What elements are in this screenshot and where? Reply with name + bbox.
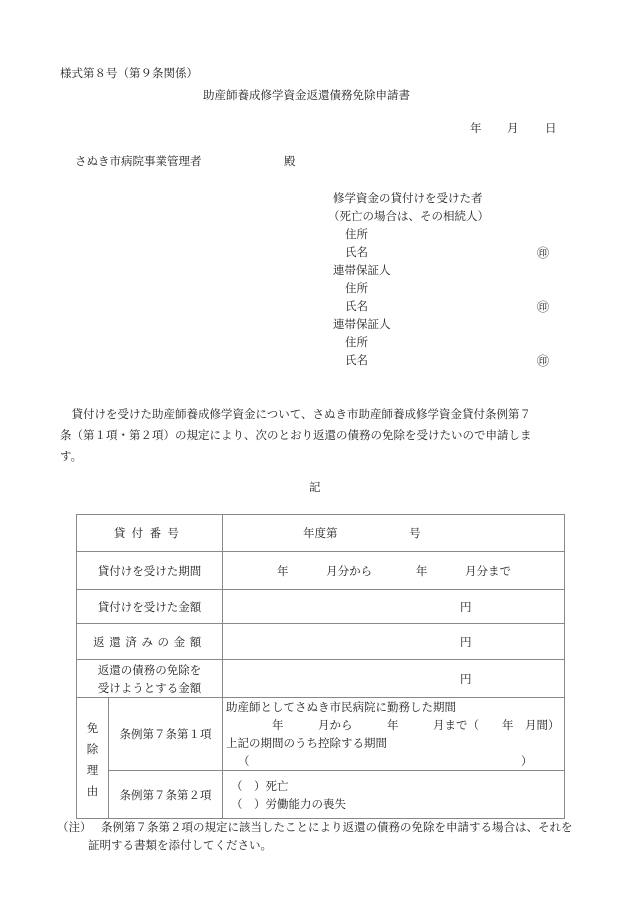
table-row-reason-clause1: 免 除 理 由 条例第７条第１項 助産師としてさぬき市民病院に勤務した期間 年 … xyxy=(77,698,565,771)
loan-period-field[interactable]: 年 月分から 年 月分まで xyxy=(223,552,565,590)
period-from-month: 月分から xyxy=(326,564,372,578)
exemption-amount-label-line2: 受けようとする金額 xyxy=(77,679,222,697)
exemption-amount-label: 返還の債務の免除を 受けようとする金額 xyxy=(77,660,223,698)
loan-number-year-text: 年度第 xyxy=(303,526,338,540)
ki-heading: 記 xyxy=(309,482,321,494)
loan-amount-field[interactable]: 円 xyxy=(223,590,565,624)
option-disability-checkbox[interactable]: （ ）労働能力の喪失 xyxy=(231,795,564,813)
clause1-deduction-field[interactable]: （ ） xyxy=(226,752,564,770)
table-row-loan-number: 貸付番号 年度第 号 xyxy=(77,515,565,552)
document-title: 助産師養成修学資金返還債務免除申請書 xyxy=(203,90,410,102)
clause1-label: 条例第７条第１項 xyxy=(109,698,223,771)
date-year-label: 年 xyxy=(470,123,482,135)
guarantor1-address-label: 住所 xyxy=(345,283,368,295)
clause2-label: 条例第７条第２項 xyxy=(109,771,223,819)
borrower-name-label: 氏名 xyxy=(345,247,368,259)
table-row-reason-clause2: 条例第７条第２項 （ ）死亡 （ ）労働能力の喪失 xyxy=(77,771,565,819)
period-to-month: 月分まで xyxy=(465,564,511,578)
borrower-heading: 修学資金の貸付けを受けた者 xyxy=(333,193,483,205)
borrower-note: （死亡の場合は、その相続人） xyxy=(328,211,489,223)
loan-amount-label: 貸付けを受けた金額 xyxy=(77,590,223,624)
reason-char: 免 xyxy=(77,718,108,739)
clause1-period-line: 年 月から 年 月まで（ 年 月間） xyxy=(226,716,564,734)
exemption-amount-label-line1: 返還の債務の免除を xyxy=(77,661,222,679)
statement-line: す。 xyxy=(60,446,585,467)
table-row-repaid-amount: 返還済みの金額 円 xyxy=(77,624,565,660)
reason-char: 由 xyxy=(77,781,108,802)
reason-char: 理 xyxy=(77,760,108,781)
seal-icon: ㊞ xyxy=(537,247,549,259)
guarantor2-address-label: 住所 xyxy=(345,337,368,349)
loan-period-label: 貸付けを受けた期間 xyxy=(77,552,223,590)
statement-line: 条（第１項・第２項）の規定により、次のとおり返還の債務の免除を受けたいので申請し… xyxy=(60,425,585,446)
exemption-amount-unit: 円 xyxy=(460,672,472,686)
date-month-label: 月 xyxy=(507,123,519,135)
table-row-loan-amount: 貸付けを受けた金額 円 xyxy=(77,590,565,624)
loan-number-suffix: 号 xyxy=(409,526,421,540)
clause1-line1: 助産師としてさぬき市民病院に勤務した期間 xyxy=(226,698,564,716)
exemption-amount-field[interactable]: 円 xyxy=(223,660,565,698)
option-death-checkbox[interactable]: （ ）死亡 xyxy=(231,777,564,795)
statement-line: 貸付けを受けた助産師養成修学資金について、さぬき市助産師養成修学資金貸付条例第７ xyxy=(60,404,585,425)
repaid-amount-field[interactable]: 円 xyxy=(223,624,565,660)
period-to-year: 年 xyxy=(416,564,428,578)
open-paren: （ xyxy=(238,754,250,768)
period-from-year: 年 xyxy=(277,564,289,578)
footnote-prefix: （注） xyxy=(57,822,92,834)
exemption-reason-label: 免 除 理 由 xyxy=(77,698,109,819)
addressee-name: さぬき市病院事業管理者 xyxy=(75,156,202,168)
clause1-field[interactable]: 助産師としてさぬき市民病院に勤務した期間 年 月から 年 月まで（ 年 月間） … xyxy=(223,698,565,771)
date-day-label: 日 xyxy=(545,123,557,135)
loan-number-field[interactable]: 年度第 号 xyxy=(223,515,565,552)
application-statement: 貸付けを受けた助産師養成修学資金について、さぬき市助産師養成修学資金貸付条例第７… xyxy=(60,404,585,467)
close-paren: ） xyxy=(521,752,533,770)
footnote-line2: 証明する書類を添付してください。 xyxy=(88,840,272,852)
seal-icon: ㊞ xyxy=(537,355,549,367)
application-table: 貸付番号 年度第 号 貸付けを受けた期間 年 月分から 年 月分まで 貸付けを受… xyxy=(76,514,565,819)
clause2-field: （ ）死亡 （ ）労働能力の喪失 xyxy=(223,771,565,819)
guarantor2-heading: 連帯保証人 xyxy=(333,319,391,331)
reason-char: 除 xyxy=(77,739,108,760)
table-row-loan-period: 貸付けを受けた期間 年 月分から 年 月分まで xyxy=(77,552,565,590)
repaid-amount-label: 返還済みの金額 xyxy=(77,624,223,660)
guarantor2-name-label: 氏名 xyxy=(345,355,368,367)
clause1-line3: 上記の期間のうち控除する期間 xyxy=(226,734,564,752)
loan-number-label: 貸付番号 xyxy=(77,515,223,552)
footnote-line1: 条例第７条第２項の規定に該当したことにより返還の債務の免除を申請する場合は、それ… xyxy=(101,822,573,834)
repaid-amount-unit: 円 xyxy=(460,635,472,649)
seal-icon: ㊞ xyxy=(537,301,549,313)
addressee-honorific: 殿 xyxy=(284,156,296,168)
guarantor1-name-label: 氏名 xyxy=(345,301,368,313)
loan-amount-unit: 円 xyxy=(460,600,472,614)
borrower-address-label: 住所 xyxy=(345,229,368,241)
guarantor1-heading: 連帯保証人 xyxy=(333,265,391,277)
table-row-exemption-amount: 返還の債務の免除を 受けようとする金額 円 xyxy=(77,660,565,698)
form-number: 様式第８号（第９条関係） xyxy=(60,68,198,80)
